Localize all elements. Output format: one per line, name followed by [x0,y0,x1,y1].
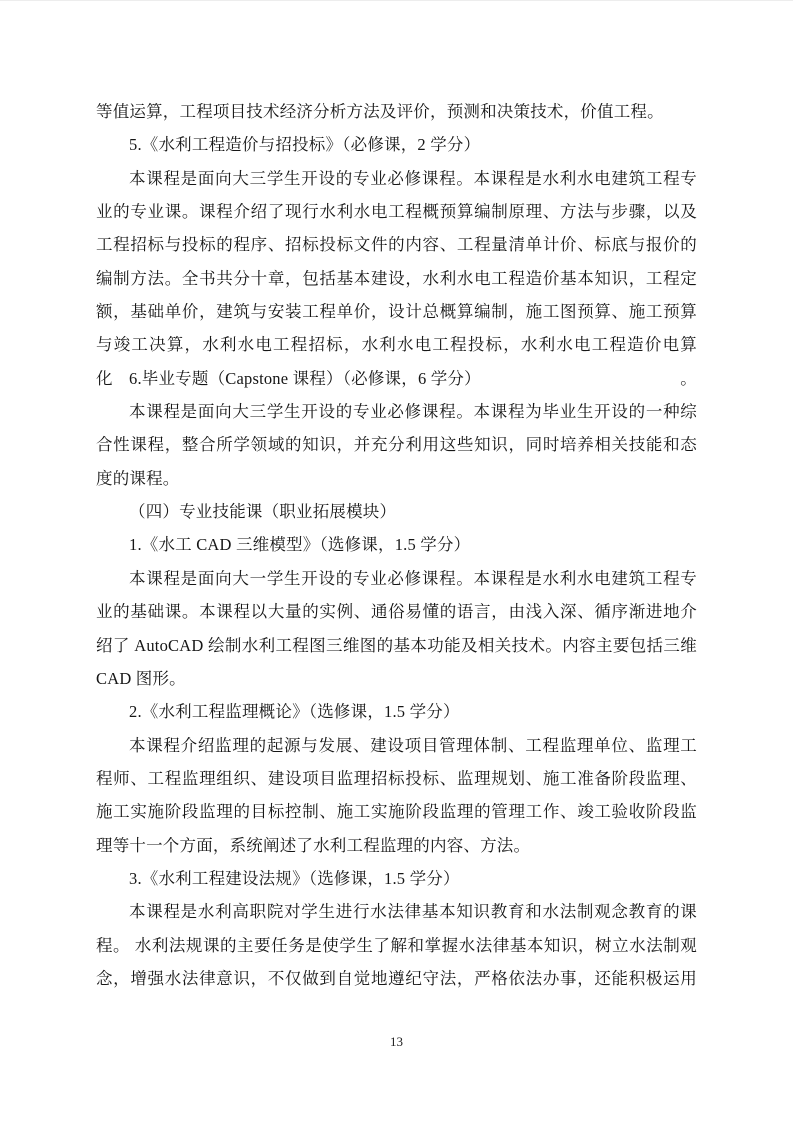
text-line: 额，基础单价，建筑与安装工程单价，设计总概算编制，施工图预算、施工预算 [96,295,697,328]
text-line: 绍了 AutoCAD 绘制水利工程图三维图的基本功能及相关技术。内容主要包括三维 [96,629,697,662]
course-heading-line: 2.《水利工程监理概论》（选修课，1.5 学分） [96,695,697,728]
text-line: 施工实施阶段监理的目标控制、施工实施阶段监理的管理工作、竣工验收阶段监 [96,795,697,828]
document-body: 等值运算，工程项目技术经济分析方法及评价，预测和决策技术，价值工程。 5.《水利… [96,95,697,995]
text-line: 合性课程，整合所学领域的知识，并充分利用这些知识，同时培养相关技能和态 [96,428,697,461]
section-heading-line: （四）专业技能课（职业拓展模块） [96,495,697,528]
text-line: 业的基础课。本课程以大量的实例、通俗易懂的语言，由浅入深、循序渐进地介 [96,595,697,628]
text-line: 念，增强水法律意识，不仅做到自觉地遵纪守法，严格依法办事，还能积极运用 [96,962,697,995]
text-line: 本课程是面向大三学生开设的专业必修课程。本课程为毕业生开设的一种综 [96,395,697,428]
text-line: 工程招标与投标的程序、招标投标文件的内容、工程量清单计价、标底与报价的 [96,228,697,261]
text-line: 本课程是面向大一学生开设的专业必修课程。本课程是水利水电建筑工程专 [96,562,697,595]
text-line: 本课程介绍监理的起源与发展、建设项目管理体制、工程监理单位、监理工 [96,729,697,762]
text-line: 程。 水利法规课的主要任务是使学生了解和掌握水法律基本知识，树立水法制观 [96,929,697,962]
text-line: 与竣工决算，水利水电工程招标，水利水电工程投标，水利水电工程造价电算化。 [96,328,697,361]
document-page: 等值运算，工程项目技术经济分析方法及评价，预测和决策技术，价值工程。 5.《水利… [0,0,793,1122]
text-line: 程师、工程监理组织、建设项目监理招标投标、监理规划、施工准备阶段监理、 [96,762,697,795]
course-heading-line: 1.《水工 CAD 三维模型》（选修课，1.5 学分） [96,528,697,561]
text-line: 理等十一个方面，系统阐述了水利工程监理的内容、方法。 [96,829,697,862]
course-heading-line: 5.《水利工程造价与招投标》（必修课，2 学分） [96,128,697,161]
text-line: 业的专业课。课程介绍了现行水利水电工程概预算编制原理、方法与步骤，以及 [96,195,697,228]
text-line: 度的课程。 [96,462,697,495]
text-line: 本课程是面向大三学生开设的专业必修课程。本课程是水利水电建筑工程专 [96,162,697,195]
text-line: 编制方法。全书共分十章，包括基本建设，水利水电工程造价基本知识，工程定 [96,262,697,295]
text-line: 等值运算，工程项目技术经济分析方法及评价，预测和决策技术，价值工程。 [96,95,697,128]
course-heading-line: 3.《水利工程建设法规》（选修课，1.5 学分） [96,862,697,895]
page-number: 13 [0,1034,793,1050]
text-line: 本课程是水利高职院对学生进行水法律基本知识教育和水法制观念教育的课 [96,895,697,928]
text-line: CAD 图形。 [96,662,697,695]
